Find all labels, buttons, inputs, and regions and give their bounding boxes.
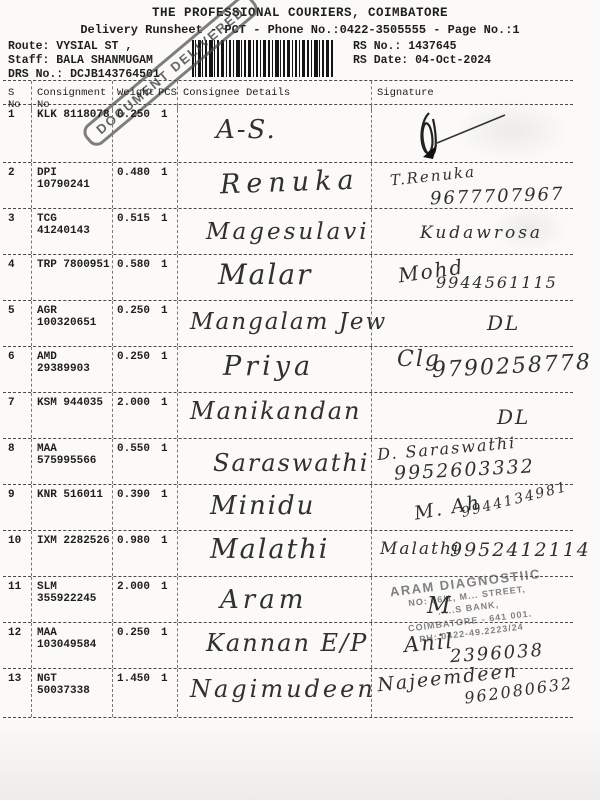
signature-scribble (387, 107, 517, 161)
table-row: 8 MAA 575995566 0.550 1 Saraswathi D. Sa… (3, 439, 573, 485)
cell-consignment-no: TCG 41240143 (32, 209, 113, 254)
cell-weight: 0.580 (113, 255, 153, 300)
cell-consignee: Priya (178, 347, 372, 392)
table-row: 1 KLK 8118078 0.250 1 A-S. (3, 105, 573, 163)
cell-signature: D. Saraswathi 9952603332 (372, 439, 573, 484)
cell-pcs: 1 (153, 163, 178, 208)
cell-consignment-no: DPI 10790241 (32, 163, 113, 208)
meta-right: RS No.: 1437645 RS Date: 04-Oct-2024 (353, 40, 491, 68)
cell-consignee: Manikandan (178, 393, 372, 438)
cell-consignee: Malathi (178, 531, 372, 576)
cell-signature: M. Ah 9944134981 (372, 485, 573, 530)
consignee-handwriting: Malathi (210, 536, 329, 563)
signature-phone: 9944561115 (436, 275, 558, 291)
cell-signature: Najeemdeen 962080632 (372, 669, 573, 717)
table-row: 7 KSM 944035 2.000 1 Manikandan DL (3, 393, 573, 439)
cell-weight: 0.250 (113, 105, 153, 162)
route-label: Route: VYSIAL ST , (8, 40, 160, 54)
cell-signature: ARAM DIAGNOSTIIC No: 66/1, M... STREET, … (372, 577, 573, 622)
consignee-handwriting: Priya (223, 353, 314, 380)
consignee-handwriting: Magesulavi (206, 221, 370, 244)
page-subtitle: Delivery Runsheet - PCT - Phone No.:0422… (0, 23, 600, 37)
cell-consignment-no: AMD 29389903 (32, 347, 113, 392)
rs-date: RS Date: 04-Oct-2024 (353, 54, 491, 68)
page-title: THE PROFESSIONAL COURIERS, COIMBATORE (0, 6, 600, 20)
cell-signature: Clg 9790258778 (372, 347, 573, 392)
signature-phone: 9952412114 (450, 541, 591, 560)
table-row: 9 KNR 516011 0.390 1 Minidu M. Ah 994413… (3, 485, 573, 531)
cell-signature (372, 105, 573, 162)
table-row: 2 DPI 10790241 0.480 1 Renuka T.Renuka 9… (3, 163, 573, 209)
rs-number: RS No.: 1437645 (353, 40, 491, 54)
consignee-handwriting: A-S. (216, 117, 277, 143)
cell-weight: 2.000 (113, 393, 153, 438)
signature-handwriting: DL (497, 407, 530, 427)
cell-consignee: Magesulavi (178, 209, 372, 254)
cell-weight: 2.000 (113, 577, 153, 622)
cell-pcs: 1 (153, 669, 178, 717)
consignee-handwriting: Saraswathi (213, 451, 369, 475)
cell-sno: 3 (3, 209, 32, 254)
cell-pcs: 1 (153, 255, 178, 300)
cell-sno: 10 (3, 531, 32, 576)
signature-handwriting: T.Renuka (389, 165, 476, 189)
cell-sno: 13 (3, 669, 32, 717)
cell-pcs: 1 (153, 393, 178, 438)
cell-consignee: Kannan E/P (178, 623, 372, 668)
cell-consignment-no: TRP 7800951 (32, 255, 113, 300)
cell-signature: Mohd 9944561115 (372, 255, 573, 300)
cell-consignee: Minidu (178, 485, 372, 530)
signature-handwriting: Kudawrosa (420, 225, 543, 242)
cell-consignment-no: AGR 100320651 (32, 301, 113, 346)
cell-weight: 0.550 (113, 439, 153, 484)
cell-consignee: A-S. (178, 105, 372, 162)
cell-pcs: 1 (153, 577, 178, 622)
cell-consignee: Saraswathi (178, 439, 372, 484)
cell-consignment-no: IXM 2282526 (32, 531, 113, 576)
cell-consignment-no: MAA 103049584 (32, 623, 113, 668)
cell-pcs: 1 (153, 485, 178, 530)
signature-handwriting: Malathi (380, 541, 460, 558)
consignee-handwriting: Nagimudeen (190, 677, 376, 701)
cell-sno: 5 (3, 301, 32, 346)
cell-weight: 1.450 (113, 669, 153, 717)
cell-pcs: 1 (153, 105, 178, 162)
table-row: 3 TCG 41240143 0.515 1 Magesulavi Kudawr… (3, 209, 573, 255)
cell-consignment-no: SLM 355922245 (32, 577, 113, 622)
cell-consignee: Malar (178, 255, 372, 300)
cell-sno: 12 (3, 623, 32, 668)
cell-sno: 7 (3, 393, 32, 438)
cell-consignment-no: NGT 50037338 (32, 669, 113, 717)
table-row: 4 TRP 7800951 0.580 1 Malar Mohd 9944561… (3, 255, 573, 301)
cell-pcs: 1 (153, 209, 178, 254)
cell-consignee: Nagimudeen (178, 669, 372, 717)
cell-consignee: Renuka (178, 163, 372, 208)
table-header: S No Consignment No Weight PCS Consignee… (3, 80, 573, 105)
signature-phone: 9677707967 (430, 186, 565, 209)
signature-phone: 9790258778 (432, 352, 593, 382)
signature-handwriting: DL (487, 313, 520, 333)
consignee-handwriting: Malar (218, 261, 312, 289)
cell-sno: 8 (3, 439, 32, 484)
cell-weight: 0.250 (113, 347, 153, 392)
cell-pcs: 1 (153, 623, 178, 668)
consignee-handwriting: Aram (220, 587, 307, 613)
table-row: 11 SLM 355922245 2.000 1 Aram ARAM DIAGN… (3, 577, 573, 623)
cell-sno: 1 (3, 105, 32, 162)
cell-sno: 11 (3, 577, 32, 622)
cell-sno: 4 (3, 255, 32, 300)
cell-consignment-no: KLK 8118078 (32, 105, 113, 162)
consignee-handwriting: Manikandan (190, 399, 361, 423)
delivery-runsheet-page: THE PROFESSIONAL COURIERS, COIMBATORE De… (0, 0, 600, 800)
cell-signature: T.Renuka 9677707967 (372, 163, 573, 208)
table-row: 10 IXM 2282526 0.980 1 Malathi Malathi 9… (3, 531, 573, 577)
cell-pcs: 1 (153, 439, 178, 484)
signature-handwriting: M (427, 595, 453, 618)
cell-consignee: Aram (178, 577, 372, 622)
consignee-handwriting: Renuka (220, 167, 360, 199)
cell-pcs: 1 (153, 301, 178, 346)
cell-pcs: 1 (153, 531, 178, 576)
consignee-handwriting: Mangalam Jew (190, 311, 387, 334)
staff-label: Staff: BALA SHANMUGAM (8, 54, 160, 68)
runsheet-table: S No Consignment No Weight PCS Consignee… (3, 80, 573, 718)
cell-sno: 9 (3, 485, 32, 530)
table-row: 5 AGR 100320651 0.250 1 Mangalam Jew DL (3, 301, 573, 347)
consignee-handwriting: Kannan E/P (206, 631, 368, 655)
signature-handwriting: Anil (403, 631, 455, 656)
consignee-handwriting: Minidu (210, 493, 315, 519)
cell-weight: 0.250 (113, 623, 153, 668)
cell-signature: DL (372, 393, 573, 438)
signature-phone: 9952603332 (394, 457, 536, 483)
cell-weight: 0.480 (113, 163, 153, 208)
cell-consignment-no: KNR 516011 (32, 485, 113, 530)
cell-weight: 0.980 (113, 531, 153, 576)
cell-consignment-no: MAA 575995566 (32, 439, 113, 484)
cell-signature: DL (372, 301, 573, 346)
cell-consignee: Mangalam Jew (178, 301, 372, 346)
cell-signature: Kudawrosa (372, 209, 573, 254)
cell-weight: 0.250 (113, 301, 153, 346)
table-row: 6 AMD 29389903 0.250 1 Priya Clg 9790258… (3, 347, 573, 393)
meta-left: Route: VYSIAL ST , Staff: BALA SHANMUGAM… (8, 40, 160, 82)
cell-weight: 0.390 (113, 485, 153, 530)
cell-sno: 6 (3, 347, 32, 392)
cell-sno: 2 (3, 163, 32, 208)
table-row: 13 NGT 50037338 1.450 1 Nagimudeen Najee… (3, 669, 573, 718)
cell-pcs: 1 (153, 347, 178, 392)
cell-consignment-no: KSM 944035 (32, 393, 113, 438)
cell-weight: 0.515 (113, 209, 153, 254)
